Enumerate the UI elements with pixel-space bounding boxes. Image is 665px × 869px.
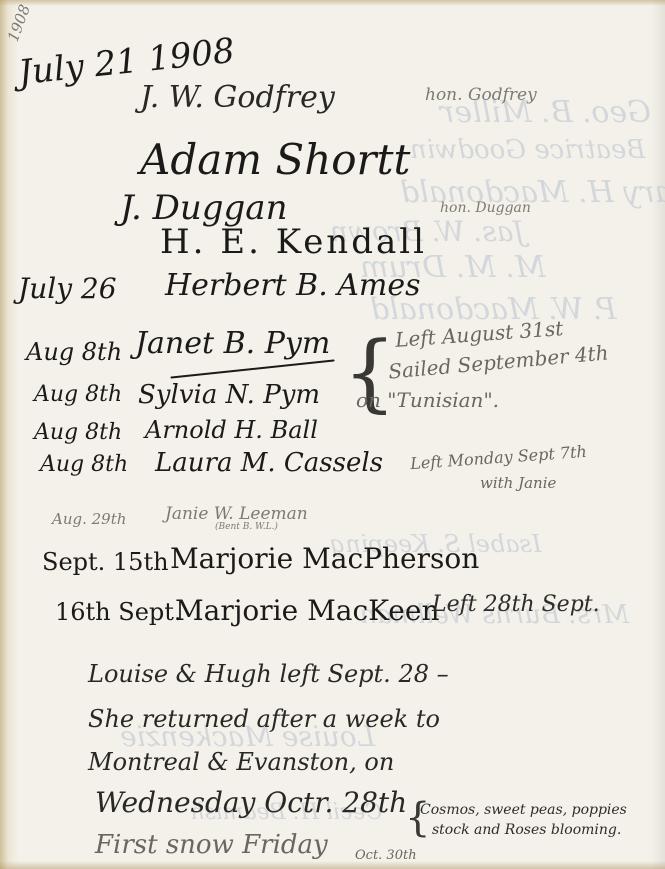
entry-date: Aug 8th [34,420,122,445]
signature-janie-leeman: Janie W. Leeman [165,504,308,524]
entry-date: Aug 8th [26,338,122,366]
entry-date: Aug. 29th [52,510,126,528]
pencil-note-godfrey: hon. Godfrey [425,85,537,105]
closing-line-1: Louise & Hugh left Sept. 28 – [88,660,449,688]
mackeen-note: Left 28th Sept. [432,592,600,617]
signature-ames: Herbert B. Ames [165,268,421,303]
entry-date: Aug 8th [34,382,122,407]
first-snow-date: Oct. 30th [355,848,417,863]
entry-date: Sept. 15th [42,548,169,576]
signature-kendall: H. E. Kendall [160,222,427,262]
signature-marjorie-mackeen: Marjorie MacKeen [175,594,439,627]
cassels-note-line1: Left Monday Sept 7th [410,442,588,473]
entry-date: Aug 8th [40,452,128,477]
signature-janet-pym: Janet B. Pym [135,326,330,361]
signature-underline [170,359,334,378]
janie-subnote: (Bent B. W.L.) [215,522,278,532]
signature-godfrey: J. W. Godfrey [140,80,335,115]
cassels-note-line2: with Janie [480,474,556,492]
signature-marjorie-macpherson: Marjorie MacPherson [170,542,479,575]
bleed-through-text: Beatrice Goodwin [410,135,645,165]
signature-sylvia-pym: Sylvia N. Pym [138,380,320,410]
flowers-note-line1: Cosmos, sweet peas, poppies [420,802,627,818]
signature-laura-cassels: Laura M. Cassels [155,448,383,478]
entry-date: 16th Sept. [55,598,182,626]
corner-year: 1908 [4,2,34,44]
signature-shortt: Adam Shortt [140,135,410,184]
guestbook-page: Geo. B. Miller Beatrice Goodwin Mary H. … [0,0,665,869]
closing-line-4: Wednesday Octr. 28th [95,786,407,819]
pym-note-line3: on "Tunisian". [356,388,499,412]
flowers-note-line2: stock and Roses blooming. [432,822,621,838]
closing-line-2: She returned after a week to [88,705,440,733]
pencil-note-duggan: hon. Duggan [440,200,531,216]
closing-line-3: Montreal & Evanston, on [88,748,394,776]
first-snow-note: First snow Friday [95,830,328,860]
entry-date: July 26 [18,272,117,305]
signature-arnold-ball: Arnold H. Ball [145,416,318,444]
